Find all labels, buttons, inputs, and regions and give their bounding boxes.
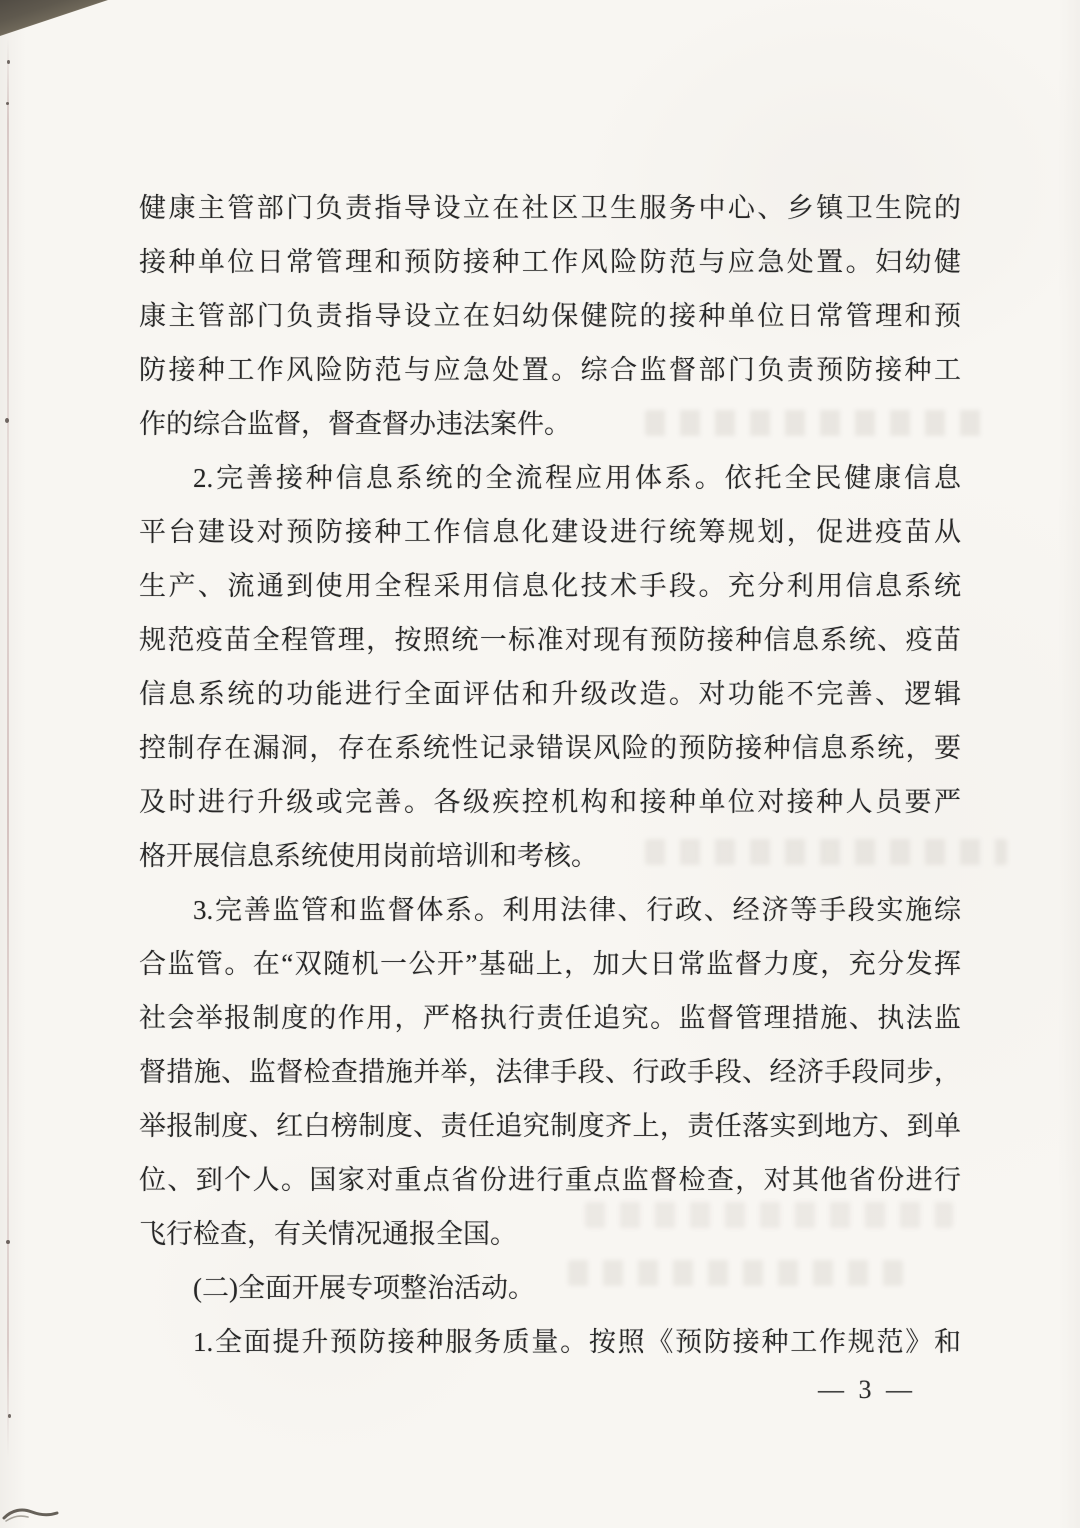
text-line: 平台建设对预防接种工作信息化建设进行统筹规划，促进疫苗从 [139, 505, 961, 559]
text-line: 举报制度、红白榜制度、责任追究制度齐上，责任落实到地方、到单 [139, 1099, 961, 1153]
text-line: 督措施、监督检查措施并举，法律手段、行政手段、经济手段同步， [139, 1045, 961, 1099]
text-line: 合监管。在“双随机一公开”基础上，加大日常监督力度，充分发挥 [139, 937, 961, 991]
text-line: 2.完善接种信息系统的全流程应用体系。依托全民健康信息 [139, 451, 961, 505]
text-line: 位、到个人。国家对重点省份进行重点监督检查，对其他省份进行 [139, 1153, 961, 1207]
text-line: 社会举报制度的作用，严格执行责任追究。监督管理措施、执法监 [139, 991, 961, 1045]
text-line: 及时进行升级或完善。各级疾控机构和接种单位对接种人员要严 [139, 775, 961, 829]
page-number: — 3 — [800, 1370, 930, 1410]
page-corner-fold-artifact [0, 0, 108, 36]
bleed-through-artifact [645, 839, 1007, 865]
text-line: 防接种工作风险防范与应急处置。综合监督部门负责预防接种工 [139, 343, 961, 397]
text-line: 健康主管部门负责指导设立在社区卫生服务中心、乡镇卫生院的 [139, 181, 961, 235]
bleed-through-artifact [585, 1202, 953, 1228]
document-body: 健康主管部门负责指导设立在社区卫生服务中心、乡镇卫生院的接种单位日常管理和预防接… [139, 181, 961, 1369]
text-line: 生产、流通到使用全程采用信息化技术手段。充分利用信息系统 [139, 559, 961, 613]
page-gutter-edge-line [7, 38, 9, 1458]
bleed-through-artifact [645, 410, 985, 436]
text-line: 康主管部门负责指导设立在妇幼保健院的接种单位日常管理和预 [139, 289, 961, 343]
scan-speck [6, 1240, 10, 1244]
text-line: 控制存在漏洞，存在系统性记录错误风险的预防接种信息系统，要 [139, 721, 961, 775]
scan-speck [7, 60, 10, 64]
bleed-through-artifact [568, 1260, 903, 1286]
scan-speck [6, 102, 9, 105]
bottom-left-pen-mark [2, 1502, 62, 1528]
text-line: 规范疫苗全程管理，按照统一标准对现有预防接种信息系统、疫苗 [139, 613, 961, 667]
scan-speck [5, 418, 9, 423]
text-line: 3.完善监管和监督体系。利用法律、行政、经济等手段实施综 [139, 883, 961, 937]
text-line: 接种单位日常管理和预防接种工作风险防范与应急处置。妇幼健 [139, 235, 961, 289]
text-line: 信息系统的功能进行全面评估和升级改造。对功能不完善、逻辑 [139, 667, 961, 721]
scanned-document-page: 健康主管部门负责指导设立在社区卫生服务中心、乡镇卫生院的接种单位日常管理和预防接… [0, 0, 1080, 1528]
scan-speck [8, 1414, 11, 1418]
text-line: 1.全面提升预防接种服务质量。按照《预防接种工作规范》和 [139, 1315, 961, 1369]
